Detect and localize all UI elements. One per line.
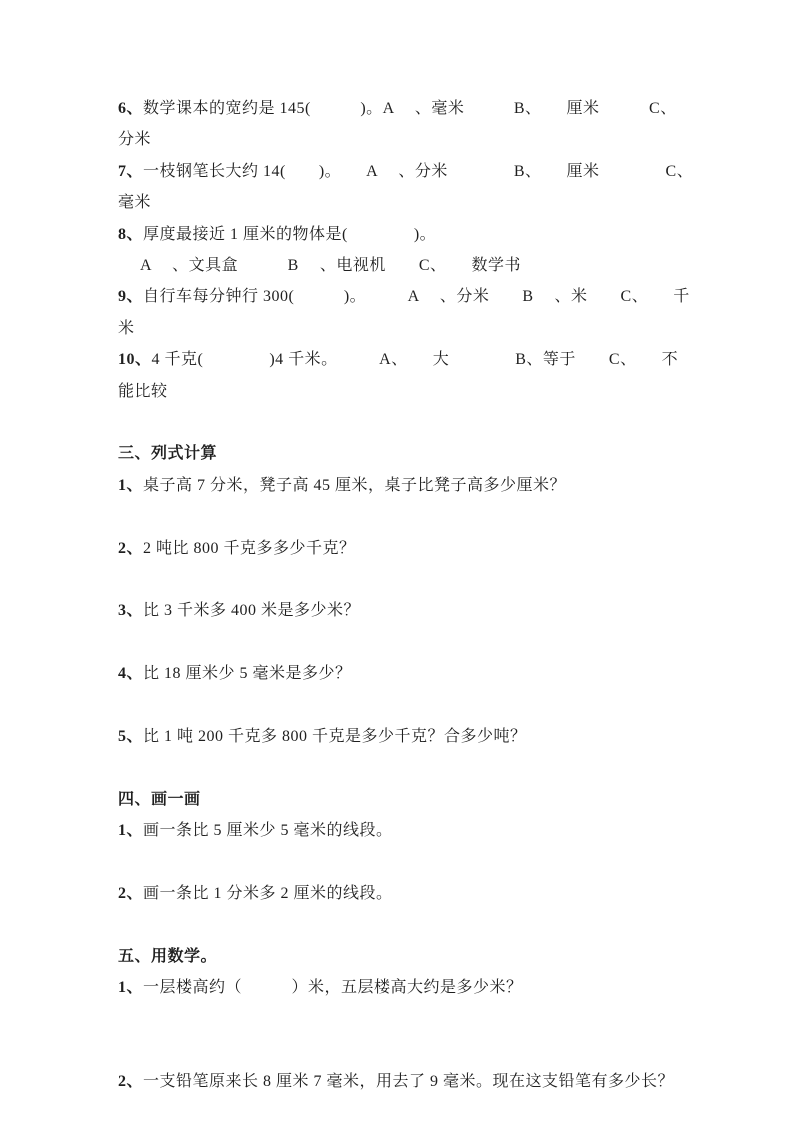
choice-question-9: 9、自行车每分钟行 300( )。 A 、分米 B 、米 C、 千米	[118, 281, 693, 344]
question-number: 1、	[118, 477, 143, 494]
choice-question-8: 8、厚度最接近 1 厘米的物体是( )。	[118, 219, 693, 250]
question-text: 比 3 千米多 400 米是多少米？	[143, 602, 360, 619]
question-number: 5、	[118, 728, 143, 745]
question-number: 6、	[118, 100, 143, 117]
question-text: A 、文具盒 B 、电视机 C、 数学书	[140, 257, 521, 274]
question-number: 1、	[118, 979, 143, 996]
question-text: 2 吨比 800 千克多多少千克？	[143, 540, 356, 557]
question-text: 画一条比 5 厘米少 5 毫米的线段。	[143, 822, 393, 839]
question-text: 比 18 厘米少 5 毫米是多少？	[143, 665, 352, 682]
section-4-heading: 四、画一画	[118, 784, 693, 815]
section-3-heading: 三、列式计算	[118, 438, 693, 469]
question-text: 画一条比 1 分米多 2 厘米的线段。	[143, 885, 393, 902]
question-number: 9、	[118, 288, 143, 305]
choice-question-10: 10、4 千克( )4 千米。 A、 大 B、等于 C、 不能比较	[118, 344, 693, 407]
section-3-question-2: 2、2 吨比 800 千克多多少千克？	[118, 533, 693, 564]
question-text: 比 1 吨 200 千克多 800 千克是多少千克？合多少吨？	[143, 728, 527, 745]
choice-question-7: 7、一枝钢笔长大约 14( )。 A 、分米 B、 厘米 C、 毫米	[118, 156, 693, 219]
question-text: 一支铅笔原来长 8 厘米 7 毫米，用去了 9 毫米。现在这支铅笔有多少长？	[143, 1073, 674, 1090]
worksheet-page: 6、数学课本的宽约是 145( )。A 、毫米 B、 厘米 C、 分米 7、一枝…	[0, 0, 793, 1122]
section-5-question-1: 1、一层楼高约（ ）米，五层楼高大约是多少米？	[118, 972, 693, 1003]
question-text: 一层楼高约（ ）米，五层楼高大约是多少米？	[143, 979, 523, 996]
section-3-question-5: 5、比 1 吨 200 千克多 800 千克是多少千克？合多少吨？	[118, 721, 693, 752]
question-text: 4 千克( )4 千米。 A、 大 B、等于 C、 不能比较	[118, 351, 678, 399]
question-text: 桌子高 7 分米，凳子高 45 厘米，桌子比凳子高多少厘米？	[143, 477, 566, 494]
section-3-question-4: 4、比 18 厘米少 5 毫米是多少？	[118, 658, 693, 689]
question-number: 7、	[118, 163, 143, 180]
section-4-question-2: 2、画一条比 1 分米多 2 厘米的线段。	[118, 878, 693, 909]
question-number: 8、	[118, 226, 143, 243]
question-text: 数学课本的宽约是 145( )。A 、毫米 B、 厘米 C、 分米	[118, 100, 702, 148]
question-text: 厚度最接近 1 厘米的物体是( )。	[143, 226, 436, 243]
question-number: 2、	[118, 1073, 143, 1090]
section-5-question-2: 2、一支铅笔原来长 8 厘米 7 毫米，用去了 9 毫米。现在这支铅笔有多少长？	[118, 1066, 693, 1097]
section-3-question-1: 1、桌子高 7 分米，凳子高 45 厘米，桌子比凳子高多少厘米？	[118, 470, 693, 501]
section-5-heading: 五、用数学。	[118, 941, 693, 972]
question-number: 1、	[118, 822, 143, 839]
choice-question-6: 6、数学课本的宽约是 145( )。A 、毫米 B、 厘米 C、 分米	[118, 93, 693, 156]
question-text: 自行车每分钟行 300( )。 A 、分米 B 、米 C、 千米	[118, 288, 690, 336]
question-text: 一枝钢笔长大约 14( )。 A 、分米 B、 厘米 C、 毫米	[118, 163, 718, 211]
question-number: 4、	[118, 665, 143, 682]
question-number: 3、	[118, 602, 143, 619]
question-number: 2、	[118, 885, 143, 902]
question-number: 2、	[118, 540, 143, 557]
choice-question-8-options: A 、文具盒 B 、电视机 C、 数学书	[118, 250, 693, 281]
section-4-question-1: 1、画一条比 5 厘米少 5 毫米的线段。	[118, 815, 693, 846]
section-3-question-3: 3、比 3 千米多 400 米是多少米？	[118, 595, 693, 626]
question-number: 10、	[118, 351, 152, 368]
